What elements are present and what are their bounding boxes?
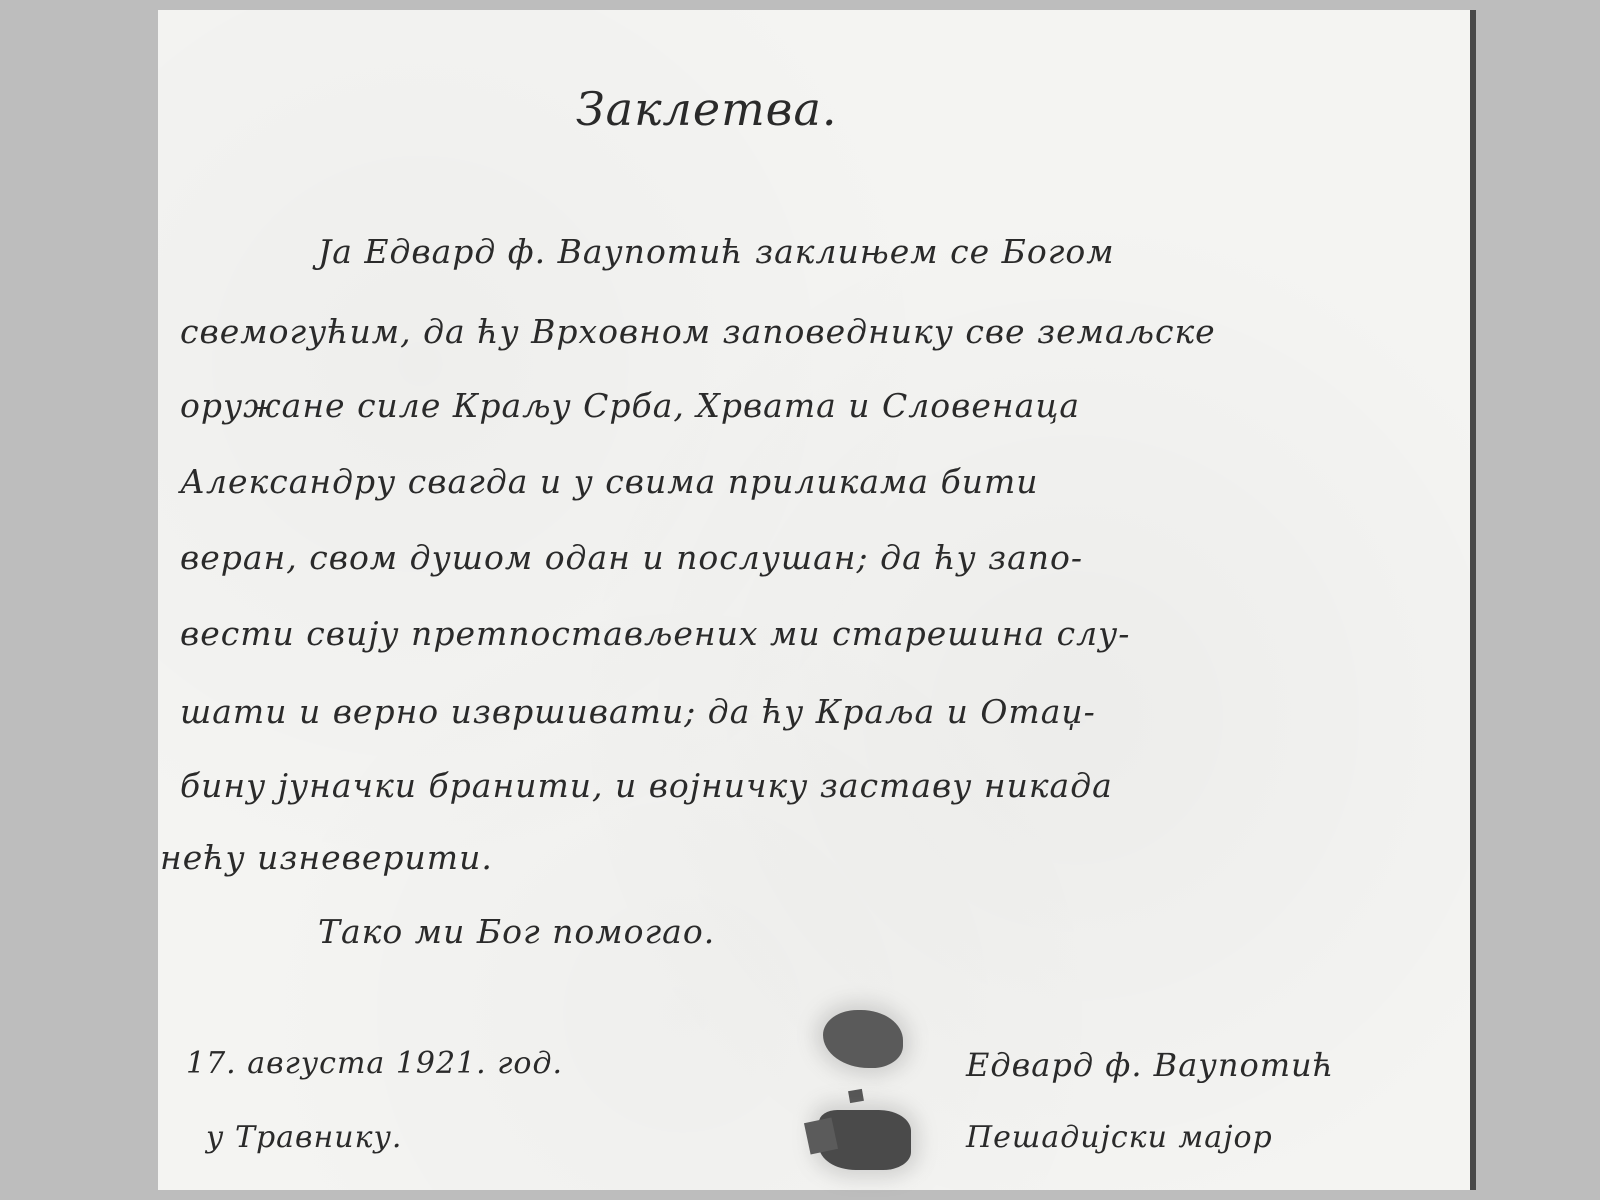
oath-closing: Тако ми Бог помогао. [318, 912, 715, 951]
signature-name: Едвард ф. Ваупотић [966, 1046, 1334, 1084]
oath-line-7: шати и верно извршивати; да ћу Краља и О… [180, 692, 1096, 731]
wax-seal-icon [813, 1000, 963, 1190]
oath-line-4: Александру свагда и у свима приликама би… [180, 462, 1039, 501]
document-title: Заклетва. [576, 82, 838, 136]
signature-rank: Пешадијски мајор [966, 1120, 1273, 1155]
document-page: Заклетва. Ја Едвард ф. Ваупотић заклињем… [158, 10, 1476, 1190]
oath-line-6: вести свију претпостављених ми старешина… [180, 614, 1130, 653]
document-place: у Травнику. [206, 1120, 402, 1155]
oath-line-3: оружане силе Краљу Срба, Хрвата и Словен… [180, 386, 1080, 425]
document-date: 17. августа 1921. год. [186, 1046, 563, 1081]
oath-line-5: веран, свом душом одан и послушан; да ћу… [180, 538, 1083, 577]
oath-line-2: свемогућим, да ћу Врховном заповеднику с… [180, 312, 1216, 351]
oath-line-1: Ја Едвард ф. Ваупотић заклињем се Богом [318, 232, 1115, 271]
oath-line-9: нећу изневерити. [160, 838, 493, 877]
oath-line-8: бину јуначки бранити, и војничку заставу… [180, 766, 1113, 805]
